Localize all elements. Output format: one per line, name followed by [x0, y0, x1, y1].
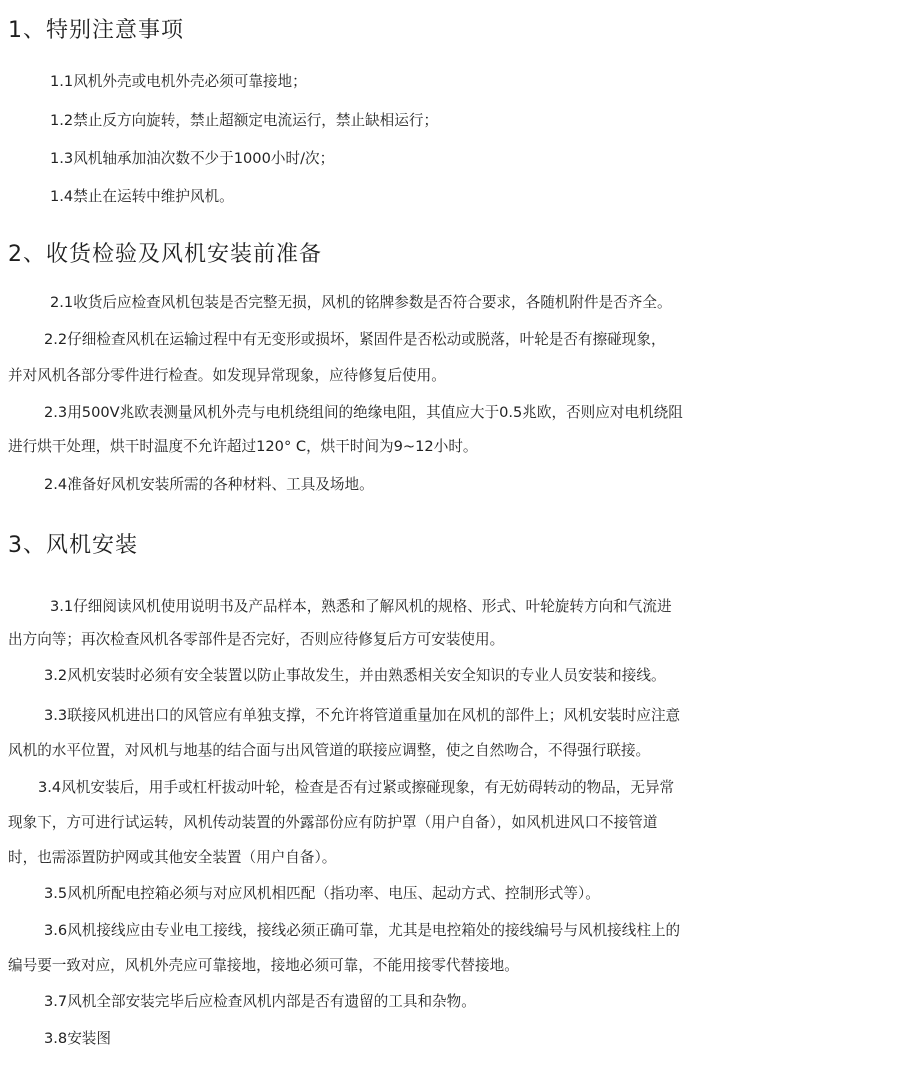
- item-2-4: 2.4准备好风机安装所需的各种材料、工具及场地。: [44, 475, 374, 495]
- item-3-7: 3.7风机全部安装完毕后应检查风机内部是否有遗留的工具和杂物。: [44, 992, 476, 1012]
- item-1-2: 1.2禁止反方向旋转，禁止超额定电流运行，禁止缺相运行；: [50, 111, 438, 131]
- item-3-4-line-2: 现象下，方可进行试运转，风机传动装置的外露部份应有防护罩（用户自备），如风机进风…: [8, 813, 657, 833]
- item-3-6-line-2: 编号要一致对应，风机外壳应可靠接地，接地必须可靠，不能用接零代替接地。: [8, 956, 519, 976]
- item-1-4: 1.4禁止在运转中维护风机。: [50, 187, 234, 207]
- item-2-3-line-2: 进行烘干处理，烘干时温度不允许超过120° C，烘干时间为9~12小时。: [8, 437, 478, 457]
- section-1-heading: 1、特别注意事项: [8, 16, 184, 46]
- item-3-5: 3.5风机所配电控箱必须与对应风机相匹配（指功率、电压、起动方式、控制形式等）。: [44, 884, 600, 904]
- item-3-3-line-2: 风机的水平位置，对风机与地基的结合面与出风管道的联接应调整，使之自然吻合，不得强…: [8, 741, 650, 761]
- item-3-3-line-1: 3.3联接风机进出口的风管应有单独支撑，不允许将管道重量加在风机的部件上；风机安…: [44, 706, 680, 726]
- item-2-2-line-1: 2.2仔细检查风机在运输过程中有无变形或损坏，紧固件是否松动或脱落，叶轮是否有擦…: [44, 330, 666, 350]
- item-2-3-line-1: 2.3用500V兆欧表测量风机外壳与电机绕组间的绝缘电阻，其值应大于0.5兆欧，…: [44, 403, 683, 423]
- item-1-1: 1.1风机外壳或电机外壳必须可靠接地；: [50, 72, 307, 92]
- item-3-1-line-2: 出方向等；再次检查风机各零部件是否完好，否则应待修复后方可安装使用。: [8, 630, 504, 650]
- item-3-6-line-1: 3.6风机接线应由专业电工接线，接线必须正确可靠，尤其是电控箱处的接线编号与风机…: [44, 921, 680, 941]
- item-1-3: 1.3风机轴承加油次数不少于1000小时/次；: [50, 149, 334, 169]
- item-2-2-line-2: 并对风机各部分零件进行检查。如发现异常现象，应待修复后使用。: [8, 366, 446, 386]
- item-2-1: 2.1收货后应检查风机包装是否完整无损，风机的铭牌参数是否符合要求，各随机附件是…: [50, 293, 672, 313]
- section-2-heading: 2、收货检验及风机安装前准备: [8, 240, 322, 270]
- item-3-8: 3.8安装图: [44, 1029, 111, 1049]
- item-3-4-line-1: 3.4风机安装后，用手或杠杆拔动叶轮，检查是否有过紧或擦碰现象，有无妨碍转动的物…: [38, 778, 674, 798]
- item-3-1-line-1: 3.1仔细阅读风机使用说明书及产品样本，熟悉和了解风机的规格、形式、叶轮旋转方向…: [50, 597, 672, 617]
- item-3-2: 3.2风机安装时必须有安全装置以防止事故发生，并由熟悉相关安全知识的专业人员安装…: [44, 666, 666, 686]
- item-3-4-line-3: 时，也需添置防护网或其他安全装置（用户自备）。: [8, 848, 336, 868]
- section-3-heading: 3、风机安装: [8, 531, 138, 561]
